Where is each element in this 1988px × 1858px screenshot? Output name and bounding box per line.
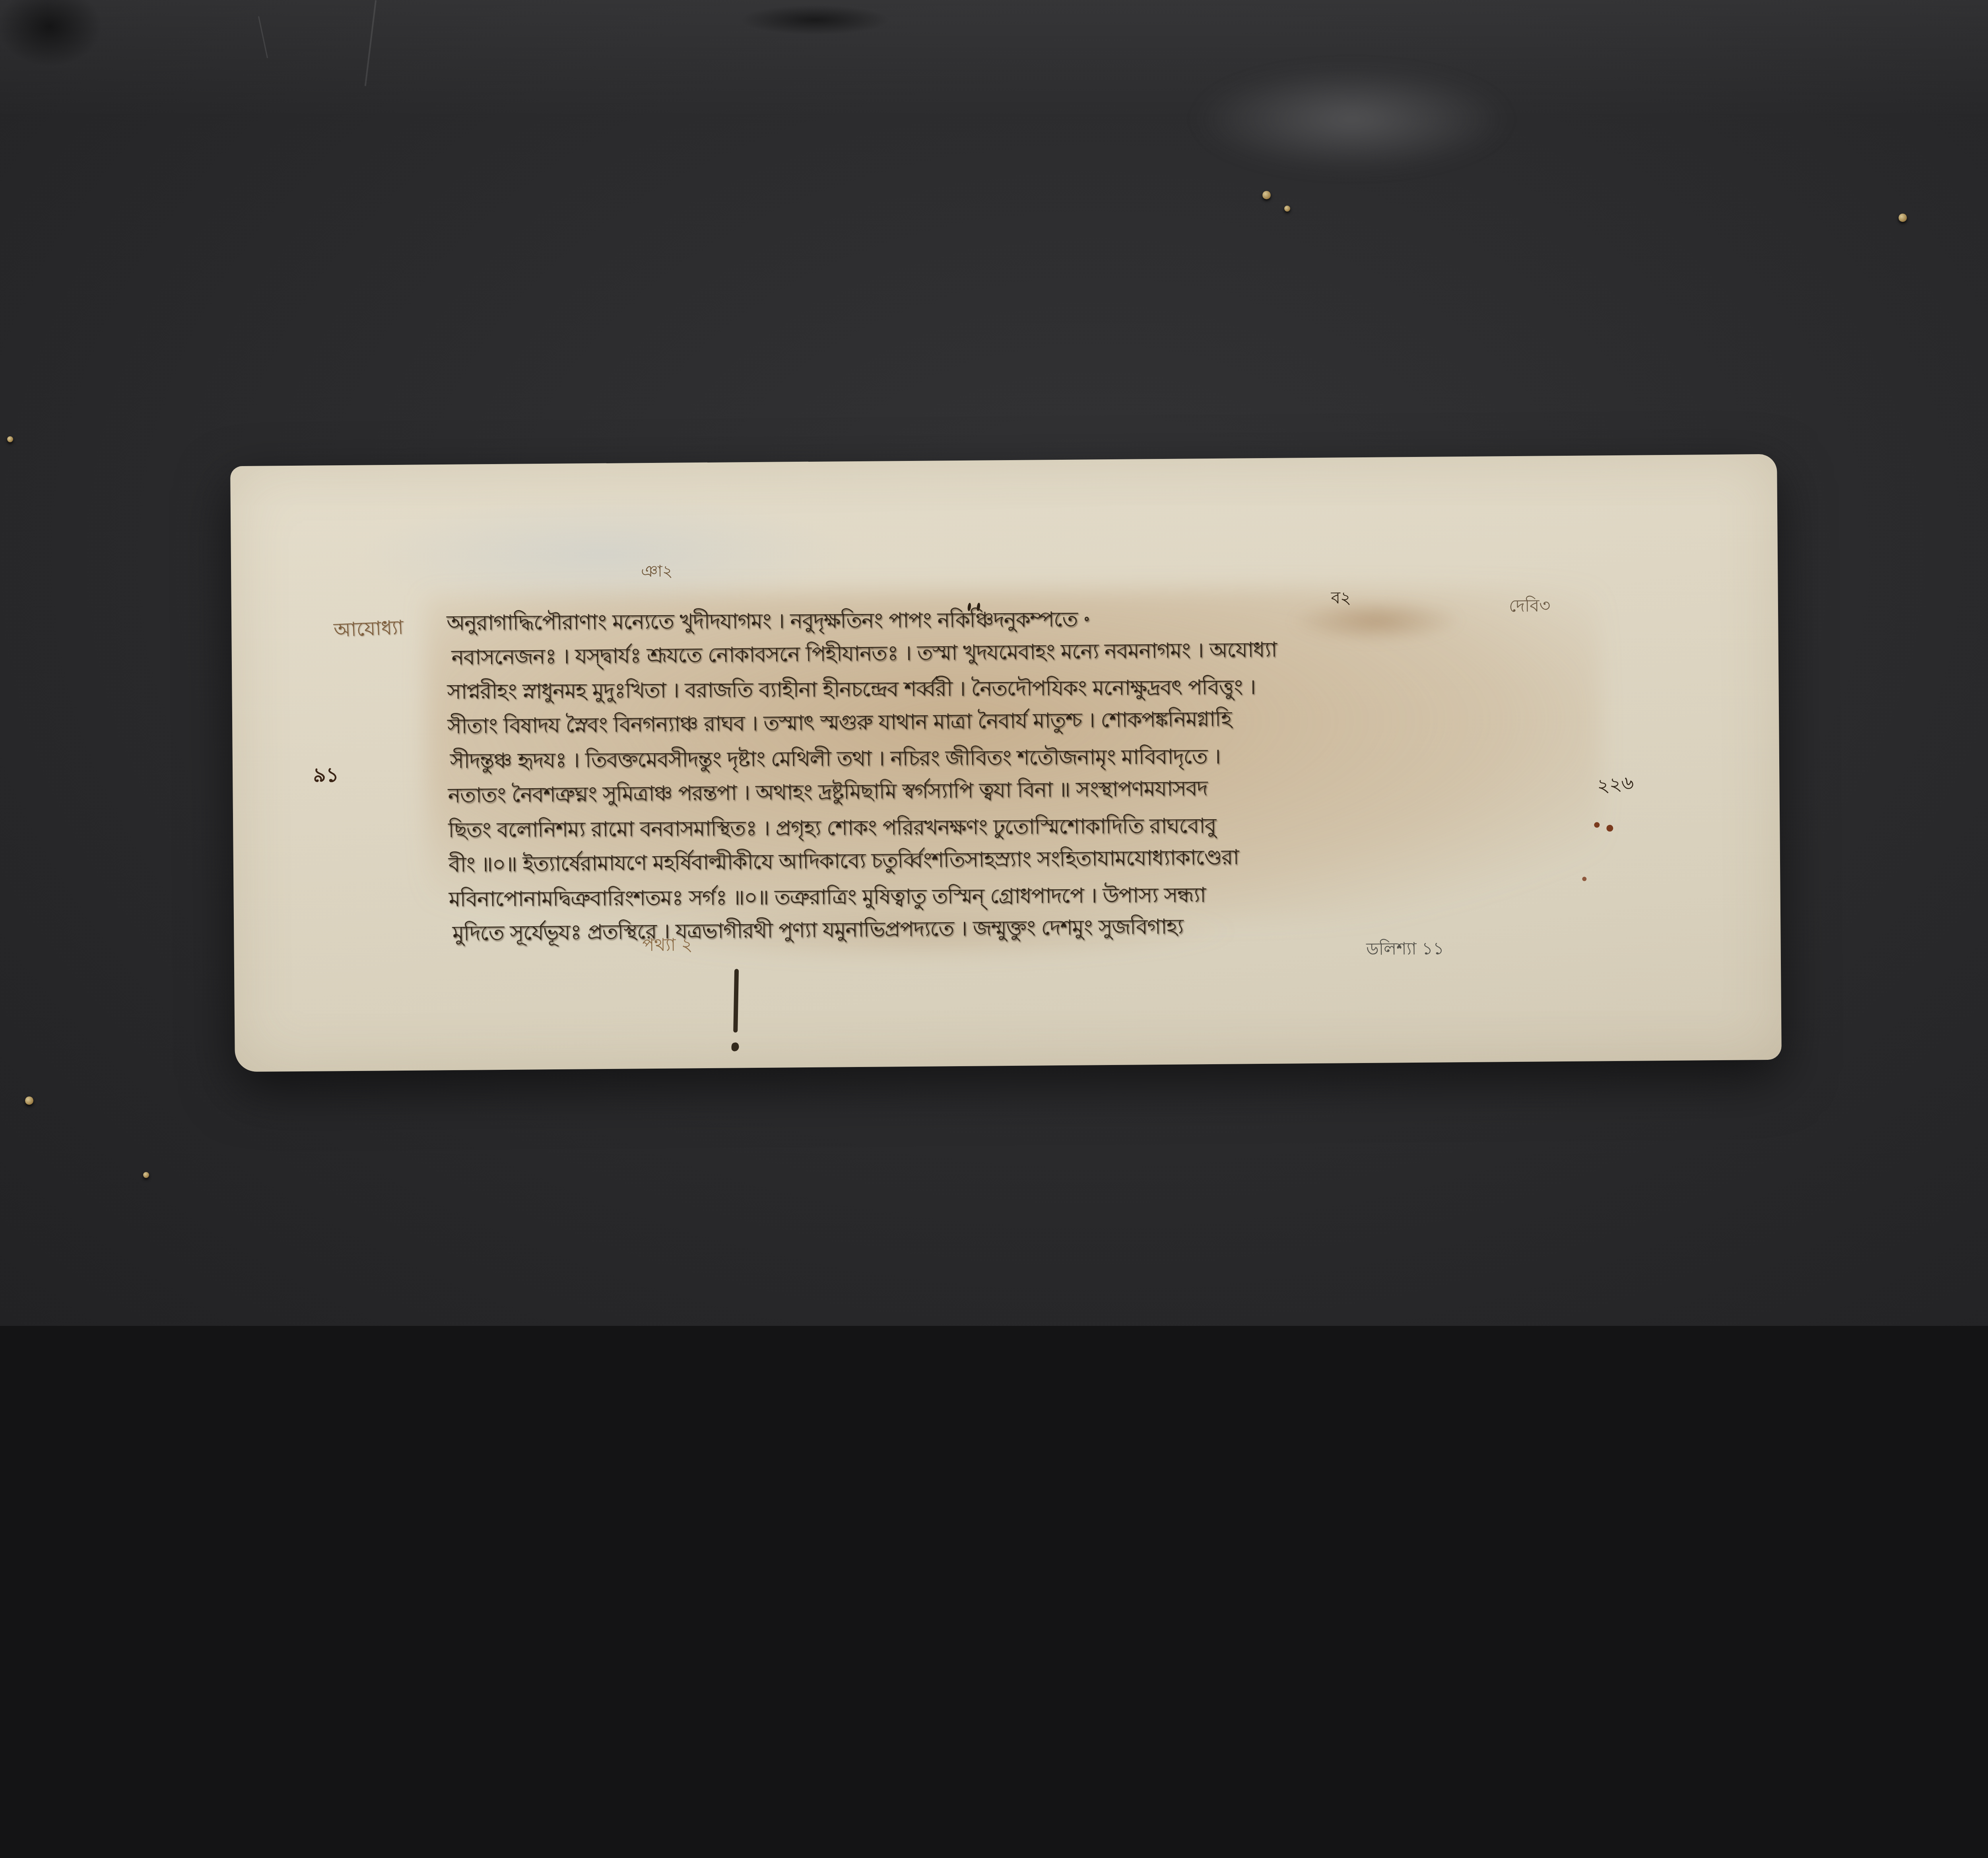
rust-spot [1607, 825, 1613, 832]
manuscript-line: বীং ॥০॥ ইত্যার্ষেরামাযণে মহর্ষিবাল্মীকীয… [448, 843, 1585, 875]
board-dark-patch [716, 0, 914, 40]
pin-dot [1262, 191, 1271, 199]
pin-dot [7, 436, 13, 442]
rust-spot [1594, 822, 1600, 828]
margin-label-bottom-right: ডলিশ্যা ১১ [1366, 940, 1444, 958]
manuscript-text-block: অনুরাগাদ্ধিপৌরাণাং মন্যেতে খুদীদযাগমং । … [447, 603, 1586, 944]
manuscript-leaf: ঞা২ ব২ দেবি৩ আযোধ্যা ৯১ ২২৬ অনুরাগাদ্ধিপ… [230, 454, 1782, 1072]
photograph-of-manuscript: ঞা২ ব২ দেবি৩ আযোধ্যা ৯১ ২২৬ অনুরাগাদ্ধিপ… [0, 0, 1988, 1326]
manuscript-line: নতাতং নৈবশত্রুঘ্নং সুমিত্রাঞ্চ পরন্তপা ।… [448, 774, 1585, 806]
manuscript-line: সীদন্তুঞ্চ হৃদযঃ । তিবক্তমেবসীদন্তুং দৃষ… [447, 744, 1584, 771]
manuscript-line: ছিতং বলোনিশম্য রামো বনবাসমাস্থিতঃ । প্রগ… [448, 813, 1585, 840]
margin-label-bottom-left: পথ্যা ২ [642, 936, 693, 954]
manuscript-line: অনুরাগাদ্ধিপৌরাণাং মন্যেতে খুদীদযাগমং । … [447, 606, 1583, 633]
margin-note-top-right: ব২ [1331, 589, 1351, 606]
board-dark-corner [0, 0, 119, 80]
margin-note-top-center: ঞা২ [641, 563, 673, 579]
folio-number-right: ২২৬ [1596, 773, 1635, 796]
pin-dot [143, 1172, 149, 1178]
manuscript-line: সীতাং বিষাদয স্নৈবং বিনগন্যাঞ্চ রাঘব । ত… [447, 705, 1584, 737]
pin-dot [1284, 206, 1290, 212]
manuscript-line: নবাসনেজনঃ । যস্দ্বার্যঃ শ্রূযতে নোকাবসনে… [447, 636, 1584, 668]
danda-flourish-dot [731, 1042, 739, 1051]
manuscript-line: মবিনাপোনামদ্বিত্রুবারিংশতমঃ সর্গঃ ॥০॥ তত… [448, 882, 1585, 910]
folio-number-left: ৯১ [313, 764, 339, 785]
board-light-band [0, 0, 1988, 119]
board-smudge [1133, 47, 1571, 192]
margin-label-ayodhya: আযোধ্যা [333, 618, 404, 640]
pin-dot [25, 1096, 33, 1105]
danda-flourish-stroke [734, 969, 739, 1032]
manuscript-line: সাপ্নরীহং স্নাধুনমহ মুদুঃখিতা । বরাজতি ব… [447, 675, 1584, 702]
pin-dot [1899, 214, 1907, 222]
